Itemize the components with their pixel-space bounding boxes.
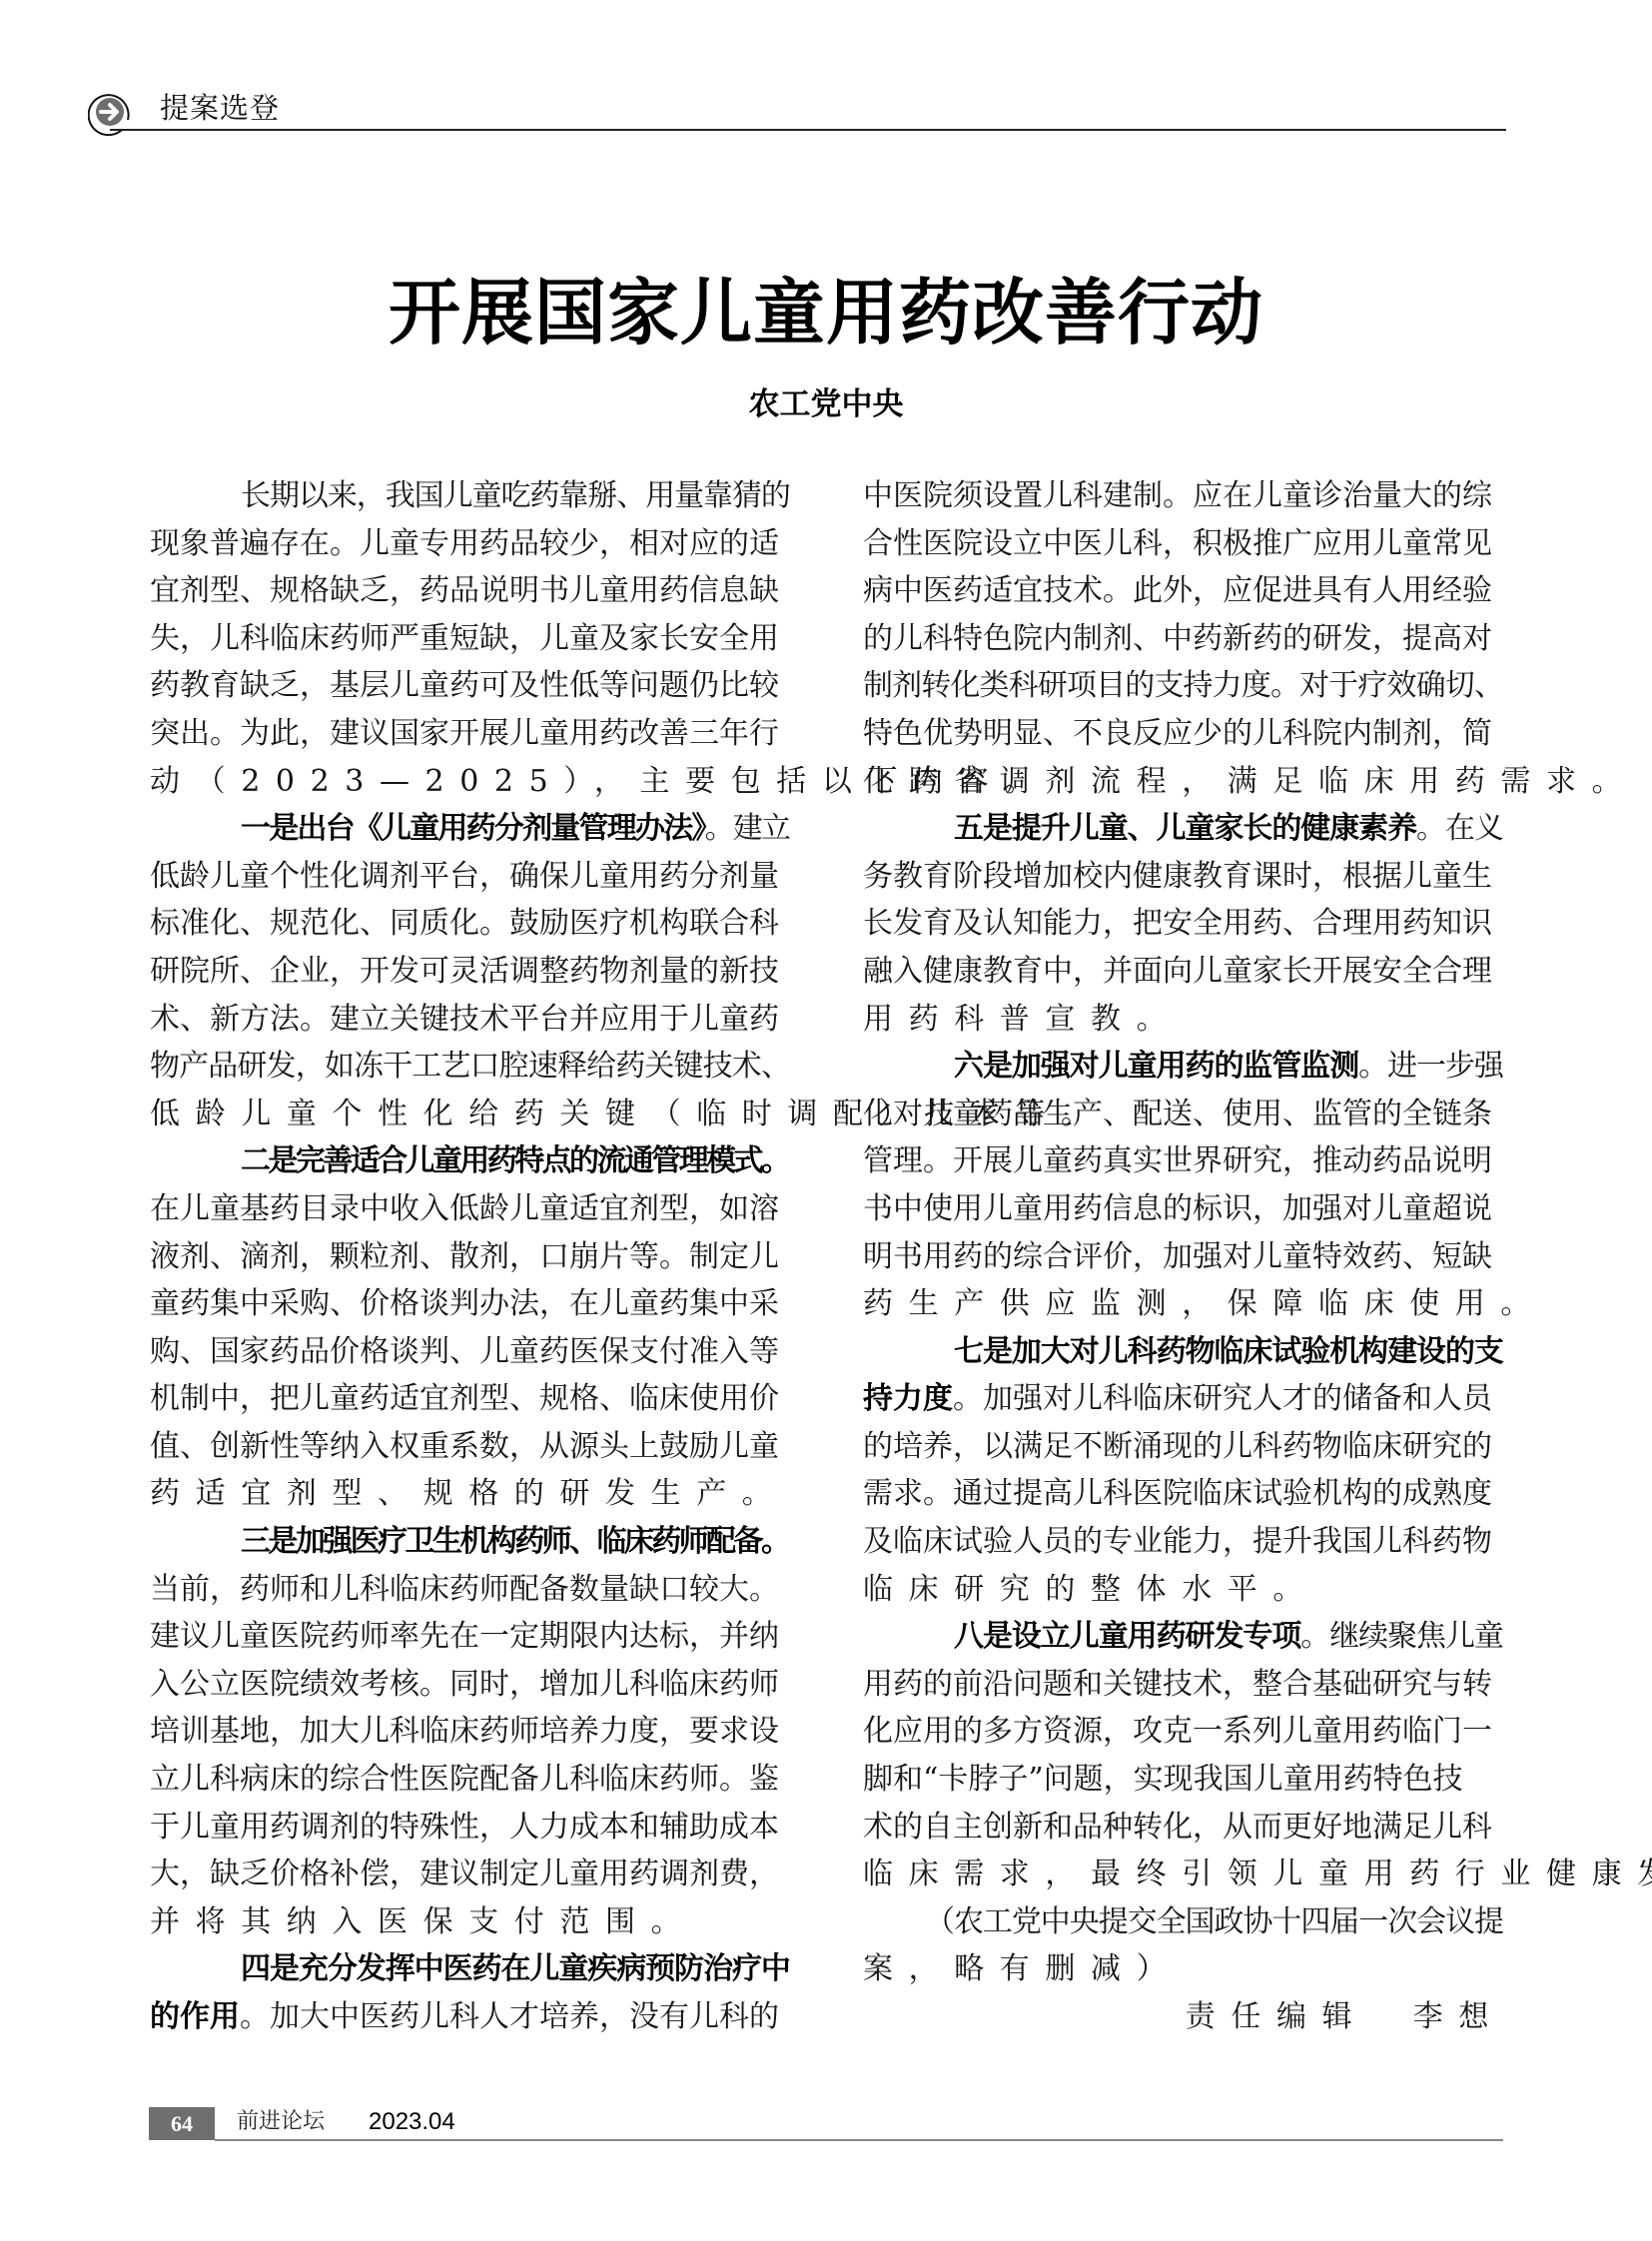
issue-number: 2023.04 bbox=[369, 2107, 455, 2137]
text-line: 于儿童用药调剂的特殊性，人力成本和辅助成本 bbox=[150, 1804, 791, 1852]
text-line: 标准化、规范化、同质化。鼓励医疗机构联合科 bbox=[150, 900, 791, 948]
text-line: 及临床试验人员的专业能力，提升我国儿科药物 bbox=[863, 1518, 1504, 1566]
body-text: 。在义 bbox=[1416, 811, 1503, 846]
text-line: 化对儿童药品生产、配送、使用、监管的全链条 bbox=[863, 1091, 1504, 1138]
body-text: 。继续聚焦儿童 bbox=[1300, 1619, 1503, 1654]
text-line: 物产品研发，如冻干工艺口腔速释给药关键技术、 bbox=[150, 1043, 791, 1091]
page-number: 64 bbox=[149, 2107, 215, 2140]
body-text: 书中使用儿童用药信息的标识，加强对儿童超说 bbox=[863, 1191, 1492, 1226]
body-text: 术的自主创新和品种转化，从而更好地满足儿科 bbox=[863, 1810, 1492, 1845]
body-text: 于儿童用药调剂的特殊性，人力成本和辅助成本 bbox=[150, 1810, 779, 1845]
body-text: 并将其纳入医保支付范围。 bbox=[150, 1904, 696, 1939]
body-text: 用药的前沿问题和关键技术，整合基础研究与转 bbox=[863, 1667, 1492, 1702]
body-text: 合性医院设立中医儿科，积极推广应用儿童常见 bbox=[863, 526, 1492, 561]
editor-credit: 责任编辑 李想 bbox=[863, 1993, 1504, 2041]
body-text: 入公立医院绩效考核。同时，增加儿科临床药师 bbox=[150, 1667, 779, 1702]
body-text: 务教育阶段增加校内健康教育课时，根据儿童生 bbox=[863, 859, 1492, 894]
text-line: 持力度。加强对儿科临床研究人才的储备和人员 bbox=[863, 1375, 1504, 1423]
body-text: 制剂转化类科研项目的支持力度。对于疗效确切、 bbox=[863, 668, 1503, 703]
text-line: 中医院须设置儿科建制。应在儿童诊治量大的综 bbox=[863, 472, 1504, 520]
body-text: 研院所、企业，开发可灵活调整药物剂量的新技 bbox=[150, 954, 779, 989]
text-line: 失，儿科临床药师严重短缺，儿童及家长安全用 bbox=[150, 615, 791, 663]
text-line: 低龄儿童个性化给药关键（临时调配）技术等。 bbox=[150, 1091, 791, 1138]
text-line: 低龄儿童个性化调剂平台，确保儿童用药分剂量 bbox=[150, 853, 791, 901]
text-line: 宜剂型、规格缺乏，药品说明书儿童用药信息缺 bbox=[150, 567, 791, 615]
text-line: 六是加强对儿童用药的监管监测。进一步强 bbox=[863, 1043, 1504, 1091]
footer-divider bbox=[215, 2139, 1503, 2141]
body-text: 的培养，以满足不断涌现的儿科药物临床研究的 bbox=[863, 1429, 1492, 1464]
text-line: 临床研究的整体水平。 bbox=[863, 1566, 1504, 1614]
body-text: 。建立 bbox=[705, 811, 790, 846]
body-text: 药适宜剂型、规格的研发生产。 bbox=[150, 1476, 787, 1511]
body-text: 用药科普宣教。 bbox=[863, 1002, 1182, 1037]
body-text: 物产品研发，如冻干工艺口腔速释给药关键技术、 bbox=[150, 1049, 790, 1084]
text-line: 的培养，以满足不断涌现的儿科药物临床研究的 bbox=[863, 1423, 1504, 1471]
body-text: 脚和“卡脖子”问题，实现我国儿童用药特色技 bbox=[863, 1762, 1463, 1797]
text-line: 立儿科病床的综合性医院配备儿科临床药师。鉴 bbox=[150, 1756, 791, 1804]
text-line: 制剂转化类科研项目的支持力度。对于疗效确切、 bbox=[863, 662, 1504, 710]
text-line: 长期以来，我国儿童吃药靠掰、用量靠猜的 bbox=[150, 472, 791, 520]
text-line: （农工党中央提交全国政协十四届一次会议提 bbox=[863, 1898, 1504, 1946]
text-line: 入公立医院绩效考核。同时，增加儿科临床药师 bbox=[150, 1661, 791, 1709]
body-text: 明书用药的综合评价，加强对儿童特效药、短缺 bbox=[863, 1239, 1492, 1274]
body-text: 特色优势明显、不良反应少的儿科院内制剂，简 bbox=[863, 716, 1492, 751]
body-text: 化对儿童药品生产、配送、使用、监管的全链条 bbox=[863, 1097, 1492, 1131]
body-text: 需求。通过提高儿科医院临床试验机构的成熟度 bbox=[863, 1476, 1492, 1511]
body-text: 责任编辑 李想 bbox=[1186, 1999, 1504, 2034]
header-divider bbox=[110, 129, 1506, 131]
text-line: 八是设立儿童用药研发专项。继续聚焦儿童 bbox=[863, 1613, 1504, 1661]
text-line: 机制中，把儿童药适宜剂型、规格、临床使用价 bbox=[150, 1375, 791, 1423]
body-text: 标准化、规范化、同质化。鼓励医疗机构联合科 bbox=[150, 906, 779, 941]
text-line: 案，略有删减） bbox=[863, 1945, 1504, 1993]
body-text: 液剂、滴剂，颗粒剂、散剂，口崩片等。制定儿 bbox=[150, 1239, 779, 1274]
body-text: 化跨省调剂流程，满足临床用药需求。 bbox=[863, 764, 1637, 799]
body-text: 临床研究的整体水平。 bbox=[863, 1572, 1318, 1607]
body-text: 药生产供应监测，保障临床使用。 bbox=[863, 1286, 1546, 1321]
text-line: 二是完善适合儿童用药特点的流通管理模式。 bbox=[150, 1137, 791, 1185]
text-line: 当前，药师和儿科临床药师配备数量缺口较大。 bbox=[150, 1566, 791, 1614]
text-line: 研院所、企业，开发可灵活调整药物剂量的新技 bbox=[150, 948, 791, 996]
body-text: 中医院须设置儿科建制。应在儿童诊治量大的综 bbox=[863, 478, 1492, 513]
section-header: 提案选登 bbox=[88, 86, 1506, 134]
text-line: 病中医药适宜技术。此外，应促进具有人用经验 bbox=[863, 567, 1504, 615]
text-line: 的作用。加大中医药儿科人才培养，没有儿科的 bbox=[150, 1993, 791, 2041]
section-heading: 持力度 bbox=[863, 1381, 953, 1416]
text-line: 四是充分发挥中医药在儿童疾病预防治疗中 bbox=[150, 1945, 791, 1993]
article-author: 农工党中央 bbox=[0, 384, 1652, 424]
right-column: 中医院须设置儿科建制。应在儿童诊治量大的综合性医院设立中医儿科，积极推广应用儿童… bbox=[863, 472, 1504, 2041]
text-line: 合性医院设立中医儿科，积极推广应用儿童常见 bbox=[863, 520, 1504, 568]
body-text: 融入健康教育中，并面向儿童家长开展安全合理 bbox=[863, 954, 1492, 989]
text-line: 需求。通过提高儿科医院临床试验机构的成熟度 bbox=[863, 1470, 1504, 1518]
body-text: 购、国家药品价格谈判、儿童药医保支付准入等 bbox=[150, 1334, 779, 1369]
text-line: 用药的前沿问题和关键技术，整合基础研究与转 bbox=[863, 1661, 1504, 1709]
text-line: 液剂、滴剂，颗粒剂、散剂，口崩片等。制定儿 bbox=[150, 1233, 791, 1281]
body-text: 培训基地，加大儿科临床药师培养力度，要求设 bbox=[150, 1714, 779, 1749]
section-heading: 一是出台《儿童用药分剂量管理办法》 bbox=[241, 811, 705, 846]
section-heading: 六是加强对儿童用药的监管监测 bbox=[954, 1049, 1358, 1084]
text-line: 明书用药的综合评价，加强对儿童特效药、短缺 bbox=[863, 1233, 1504, 1281]
left-column: 长期以来，我国儿童吃药靠掰、用量靠猜的现象普遍存在。儿童专用药品较少，相对应的适… bbox=[150, 472, 791, 2041]
text-line: 药生产供应监测，保障临床使用。 bbox=[863, 1280, 1504, 1328]
journal-name: 前进论坛 bbox=[237, 2107, 325, 2137]
section-label: 提案选登 bbox=[160, 88, 280, 128]
body-text: 案，略有删减） bbox=[863, 1951, 1182, 1986]
body-text: 当前，药师和儿科临床药师配备数量缺口较大。 bbox=[150, 1572, 779, 1607]
text-line: 在儿童基药目录中收入低龄儿童适宜剂型，如溶 bbox=[150, 1185, 791, 1233]
text-line: 五是提升儿童、儿童家长的健康素养。在义 bbox=[863, 805, 1504, 853]
text-line: 术的自主创新和品种转化，从而更好地满足儿科 bbox=[863, 1804, 1504, 1852]
text-line: 药教育缺乏，基层儿童药可及性低等问题仍比较 bbox=[150, 662, 791, 710]
body-text: 药教育缺乏，基层儿童药可及性低等问题仍比较 bbox=[150, 668, 779, 703]
article-title: 开展国家儿童用药改善行动 bbox=[0, 268, 1652, 358]
text-line: 三是加强医疗卫生机构药师、临床药师配备。 bbox=[150, 1518, 791, 1566]
section-heading: 五是提升儿童、儿童家长的健康素养 bbox=[954, 811, 1416, 846]
body-text: 。进一步强 bbox=[1358, 1049, 1503, 1084]
text-line: 动（2023—2025），主要包括以下内容。 bbox=[150, 758, 791, 806]
section-heading: 的作用 bbox=[150, 1999, 240, 2034]
text-line: 七是加大对儿科药物临床试验机构建设的支 bbox=[863, 1328, 1504, 1376]
section-heading: 七是加大对儿科药物临床试验机构建设的支 bbox=[954, 1334, 1503, 1369]
body-text: 临床需求，最终引领儿童用药行业健康发展。 bbox=[863, 1857, 1652, 1891]
body-text: 值、创新性等纳入权重系数，从源头上鼓励儿童 bbox=[150, 1429, 779, 1464]
body-text: 病中医药适宜技术。此外，应促进具有人用经验 bbox=[863, 573, 1492, 608]
body-text: 长期以来，我国儿童吃药靠掰、用量靠猜的 bbox=[241, 478, 790, 513]
section-heading: 三是加强医疗卫生机构药师、临床药师配备。 bbox=[241, 1524, 788, 1559]
text-line: 长发育及认知能力，把安全用药、合理用药知识 bbox=[863, 900, 1504, 948]
text-line: 并将其纳入医保支付范围。 bbox=[150, 1898, 791, 1946]
section-heading: 二是完善适合儿童用药特点的流通管理模式。 bbox=[241, 1143, 788, 1178]
body-text: 及临床试验人员的专业能力，提升我国儿科药物 bbox=[863, 1524, 1492, 1559]
body-text: 。加强对儿科临床研究人才的储备和人员 bbox=[953, 1381, 1492, 1416]
text-line: 药适宜剂型、规格的研发生产。 bbox=[150, 1470, 791, 1518]
body-text: 长发育及认知能力，把安全用药、合理用药知识 bbox=[863, 906, 1492, 941]
text-line: 现象普遍存在。儿童专用药品较少，相对应的适 bbox=[150, 520, 791, 568]
body-text: 宜剂型、规格缺乏，药品说明书儿童用药信息缺 bbox=[150, 573, 779, 608]
body-text: 管理。开展儿童药真实世界研究，推动药品说明 bbox=[863, 1143, 1492, 1178]
text-line: 童药集中采购、价格谈判办法，在儿童药集中采 bbox=[150, 1280, 791, 1328]
body-text: 。加大中医药儿科人才培养，没有儿科的 bbox=[240, 1999, 779, 2034]
section-heading: 四是充分发挥中医药在儿童疾病预防治疗中 bbox=[241, 1951, 790, 1986]
text-line: 值、创新性等纳入权重系数，从源头上鼓励儿童 bbox=[150, 1423, 791, 1471]
body-text: 在儿童基药目录中收入低龄儿童适宜剂型，如溶 bbox=[150, 1191, 779, 1226]
body-text: 的儿科特色院内制剂、中药新药的研发，提高对 bbox=[863, 621, 1492, 656]
body-text: 术、新方法。建立关键技术平台并应用于儿童药 bbox=[150, 1002, 779, 1037]
body-text: 失，儿科临床药师严重短缺，儿童及家长安全用 bbox=[150, 621, 779, 656]
body-text: 立儿科病床的综合性医院配备儿科临床药师。鉴 bbox=[150, 1762, 779, 1797]
page-footer: 64 前进论坛 2023.04 bbox=[149, 2107, 1503, 2143]
text-line: 大，缺乏价格补偿，建议制定儿童用药调剂费， bbox=[150, 1851, 791, 1898]
body-text: 大，缺乏价格补偿，建议制定儿童用药调剂费， bbox=[150, 1857, 779, 1891]
text-line: 的儿科特色院内制剂、中药新药的研发，提高对 bbox=[863, 615, 1504, 663]
body-text: （农工党中央提交全国政协十四届一次会议提 bbox=[925, 1904, 1503, 1939]
text-line: 管理。开展儿童药真实世界研究，推动药品说明 bbox=[863, 1137, 1504, 1185]
text-line: 一是出台《儿童用药分剂量管理办法》。建立 bbox=[150, 805, 791, 853]
text-line: 临床需求，最终引领儿童用药行业健康发展。 bbox=[863, 1851, 1504, 1898]
body-text: 化应用的多方资源，攻克一系列儿童用药临门一 bbox=[863, 1714, 1492, 1749]
body-text: 建议儿童医院药师率先在一定期限内达标，并纳 bbox=[150, 1619, 779, 1654]
text-line: 用药科普宣教。 bbox=[863, 996, 1504, 1044]
text-line: 书中使用儿童用药信息的标识，加强对儿童超说 bbox=[863, 1185, 1504, 1233]
text-line: 化应用的多方资源，攻克一系列儿童用药临门一 bbox=[863, 1708, 1504, 1756]
text-line: 术、新方法。建立关键技术平台并应用于儿童药 bbox=[150, 996, 791, 1044]
body-text: 突出。为此，建议国家开展儿童用药改善三年行 bbox=[150, 716, 779, 751]
text-line: 建议儿童医院药师率先在一定期限内达标，并纳 bbox=[150, 1613, 791, 1661]
body-text: 童药集中采购、价格谈判办法，在儿童药集中采 bbox=[150, 1286, 779, 1321]
text-line: 突出。为此，建议国家开展儿童用药改善三年行 bbox=[150, 710, 791, 758]
text-line: 脚和“卡脖子”问题，实现我国儿童用药特色技 bbox=[863, 1756, 1504, 1804]
section-heading: 八是设立儿童用药研发专项 bbox=[954, 1619, 1300, 1654]
text-line: 化跨省调剂流程，满足临床用药需求。 bbox=[863, 758, 1504, 806]
body-text: 机制中，把儿童药适宜剂型、规格、临床使用价 bbox=[150, 1381, 779, 1416]
text-line: 务教育阶段增加校内健康教育课时，根据儿童生 bbox=[863, 853, 1504, 901]
text-line: 购、国家药品价格谈判、儿童药医保支付准入等 bbox=[150, 1328, 791, 1376]
body-text: 现象普遍存在。儿童专用药品较少，相对应的适 bbox=[150, 526, 779, 561]
body-text: 低龄儿童个性化调剂平台，确保儿童用药分剂量 bbox=[150, 859, 779, 894]
text-line: 融入健康教育中，并面向儿童家长开展安全合理 bbox=[863, 948, 1504, 996]
text-line: 特色优势明显、不良反应少的儿科院内制剂，简 bbox=[863, 710, 1504, 758]
text-line: 培训基地，加大儿科临床药师培养力度，要求设 bbox=[150, 1708, 791, 1756]
